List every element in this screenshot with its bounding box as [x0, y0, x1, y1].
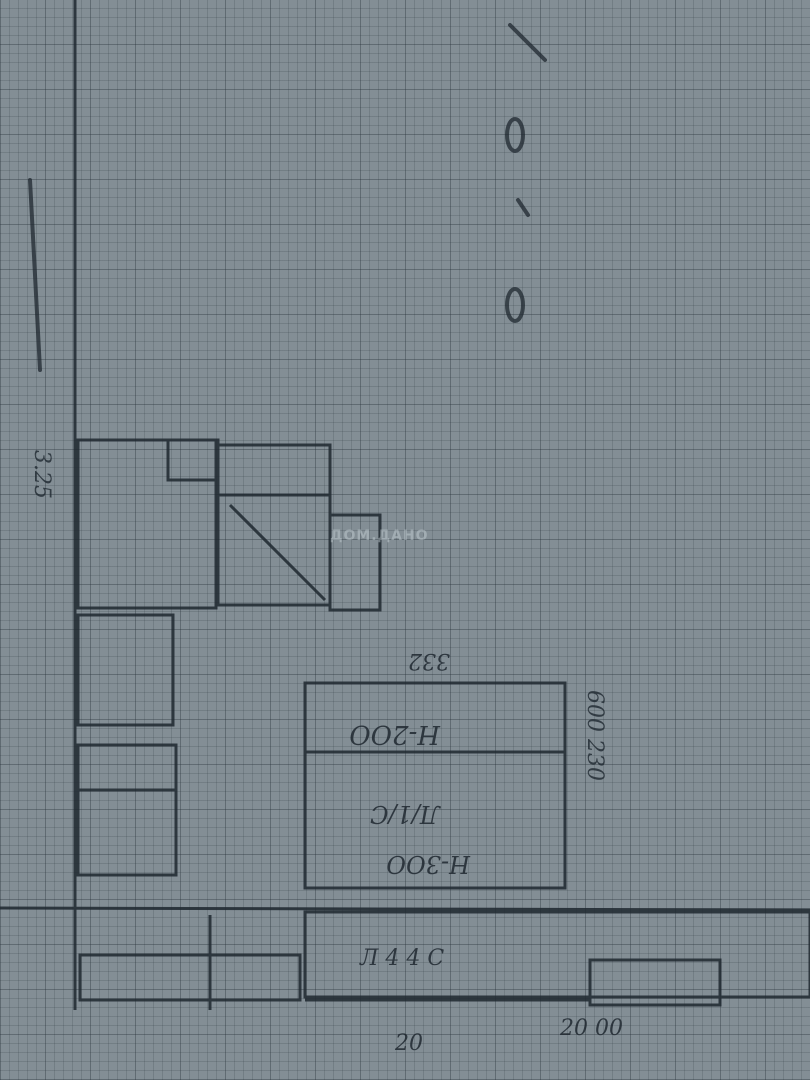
svg-text:600 230: 600 230	[582, 690, 607, 781]
svg-text:20: 20	[394, 1031, 423, 1056]
svg-text:332: 332	[408, 648, 450, 673]
svg-text:3.25: 3.25	[29, 450, 54, 499]
svg-text:Л 4 4 С: Л 4 4 С	[359, 946, 444, 971]
watermark: ДОМ.ДАНО	[330, 528, 429, 544]
graph-paper-sheet: Н-2ОО Л/1/С Н-3ОО 332 Л 4 4 С 20 20 00 6…	[0, 0, 810, 1080]
svg-text:Н-3ОО: Н-3ОО	[386, 850, 471, 878]
label-main-top: Н-2ОО	[349, 719, 441, 749]
svg-text:20 00: 20 00	[559, 1016, 623, 1041]
svg-text:Л/1/С: Л/1/С	[370, 800, 441, 828]
